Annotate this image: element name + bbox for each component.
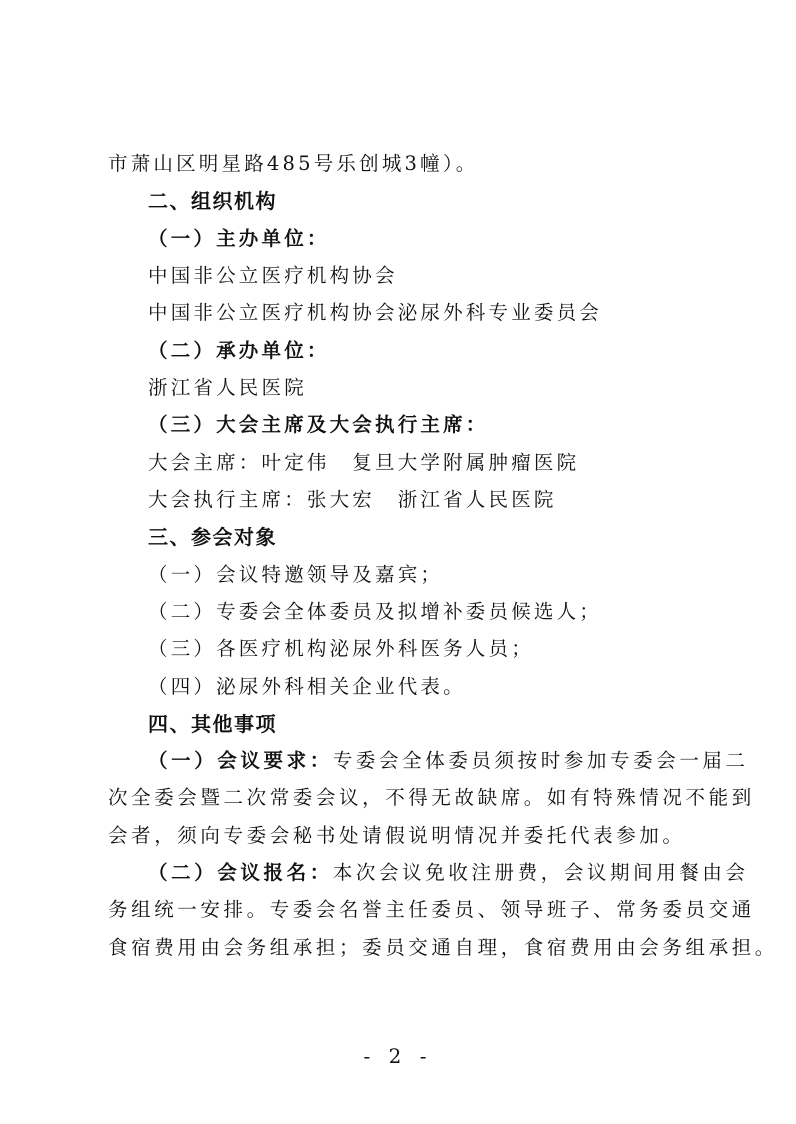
participant-item: （四）泌尿外科相关企业代表。 bbox=[148, 675, 466, 699]
registration-text: 本次会议免收注册费，会议期间用餐由会 bbox=[333, 861, 749, 884]
meeting-requirements-line: 会者，须向专委会秘书处请假说明情况并委托代表参加。 bbox=[108, 824, 686, 848]
host-item: 中国非公立医疗机构协会泌尿外科专业委员会 bbox=[148, 301, 602, 325]
participant-item: （一）会议特邀领导及嘉宾； bbox=[148, 563, 443, 587]
section-heading-organization: 二、组织机构 bbox=[148, 189, 277, 213]
registration-line: 食宿费用由会务组承担；委员交通自理，食宿费用由会务组承担。 bbox=[108, 936, 778, 960]
participant-item: （二）专委会全体委员及拟增补委员候选人； bbox=[148, 600, 602, 624]
meeting-requirements-label: （一）会议要求： bbox=[148, 749, 333, 772]
address-continuation: 市萧山区明星路485号乐创城3幢）。 bbox=[108, 152, 478, 176]
meeting-requirements-line: （一）会议要求：专委会全体委员须按时参加专委会一届二 bbox=[148, 749, 749, 773]
subheading-chairs: （三）大会主席及大会执行主席： bbox=[148, 413, 489, 437]
registration-line: （二）会议报名：本次会议免收注册费，会议期间用餐由会 bbox=[148, 861, 749, 885]
section-heading-participants: 三、参会对象 bbox=[148, 525, 277, 549]
document-page: 市萧山区明星路485号乐创城3幢）。 二、组织机构 （一）主办单位： 中国非公立… bbox=[0, 0, 796, 1124]
organizer-item: 浙江省人民医院 bbox=[148, 376, 307, 400]
registration-label: （二）会议报名： bbox=[148, 861, 333, 884]
chair-item: 大会主席：叶定伟 复旦大学附属肿瘤医院 bbox=[148, 451, 579, 475]
registration-line: 务组统一安排。专委会名誉主任委员、领导班子、常务委员交通 bbox=[108, 898, 755, 922]
meeting-requirements-line: 次全委会暨二次常委会议，不得无故缺席。如有特殊情况不能到 bbox=[108, 786, 755, 810]
participant-item: （三）各医疗机构泌尿外科医务人员； bbox=[148, 637, 534, 661]
page-number: - 2 - bbox=[0, 1044, 796, 1068]
subheading-organizer: （二）承办单位： bbox=[148, 339, 330, 363]
host-item: 中国非公立医疗机构协会 bbox=[148, 264, 398, 288]
section-heading-other-matters: 四、其他事项 bbox=[148, 712, 277, 736]
meeting-requirements-text: 专委会全体委员须按时参加专委会一届二 bbox=[333, 749, 749, 772]
subheading-host: （一）主办单位： bbox=[148, 227, 330, 251]
chair-item: 大会执行主席：张大宏 浙江省人民医院 bbox=[148, 488, 557, 512]
